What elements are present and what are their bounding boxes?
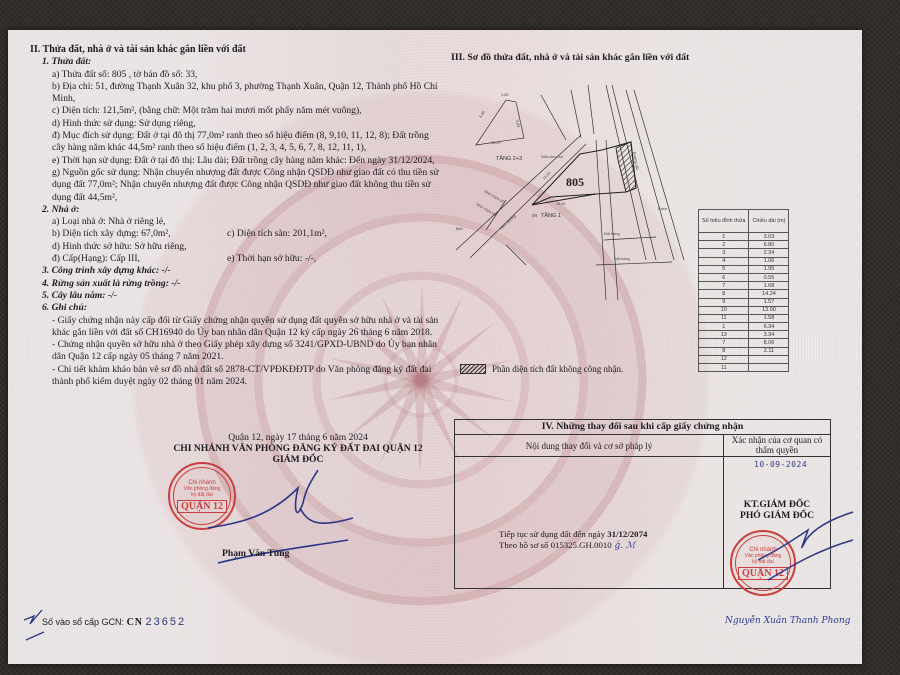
vertex-length-row: 1013.00 [699, 306, 789, 314]
segment-length: 0.55 [749, 273, 789, 281]
vertex-id: 1 [699, 323, 749, 331]
parcel-number-label: 805 [566, 175, 584, 189]
dossier-initials: ǵ. ℳ [615, 541, 636, 551]
vertex-length-row: 133.34 [699, 331, 789, 339]
land-parcel-number: a) Thửa đất số: 805 , tờ bản đồ số: 33, [30, 69, 440, 81]
vertex-id: 9 [699, 298, 749, 306]
vertex-length-row: 51.95 [699, 265, 789, 273]
position-line-1: KT.GIÁM ĐỐC [724, 499, 830, 510]
house-construction-area: b) Diện tích xây dựng: 67,0m², [52, 228, 227, 240]
segment-length: 1.95 [749, 265, 789, 273]
house-ownership-term: e) Thời hạn sở hữu: -/-, [227, 253, 316, 265]
segment-length: 1.57 [749, 298, 789, 306]
svg-text:6.80: 6.80 [479, 110, 487, 118]
signer-name: Phạm Văn Tùng [222, 548, 289, 559]
planted-forest: 4. Rừng sản xuất là rừng trồng: -/- [30, 278, 440, 290]
vertex-length-row: 12 [699, 355, 789, 363]
vertex-length-row: 78.06 [699, 339, 789, 347]
changes-header-row: Nội dung thay đổi và cơ sở pháp lý Xác n… [455, 435, 830, 457]
issue-place-date: Quận 12, ngày 17 tháng 6 năm 2024 [138, 432, 458, 443]
svg-text:Hẻm đường: Hẻm đường [499, 214, 517, 231]
segment-length: 3.03 [749, 233, 789, 241]
dossier-number: Theo hồ sơ số 015325.GH.0010 [499, 540, 612, 550]
note-item: - Giấy chứng nhận này cấp đổi từ Giấy ch… [30, 315, 440, 340]
house-grade: đ) Cấp(Hạng): Cấp III, [52, 253, 227, 265]
segment-length: 2.34 [749, 249, 789, 257]
issuing-agency: CHI NHÁNH VĂN PHÒNG ĐĂNG KÝ ĐẤT ĐAI QUẬN… [138, 443, 458, 454]
serial-label: Số vào sổ cấp GCN: [42, 617, 124, 627]
svg-text:3.03: 3.03 [515, 119, 520, 127]
svg-text:Rạch: Rạch [658, 207, 667, 211]
confirmation-date-stamp: 10-09-2024 [754, 460, 807, 469]
parcel-diagram: 805 TẦNG 2+3 TẦNG 1 I/II Nhà chưa số Nhà… [446, 80, 716, 360]
svg-text:Nhà chưa số: Nhà chưa số [476, 202, 498, 217]
vertex-id: 5 [699, 265, 749, 273]
vertex-length-row: 32.34 [699, 249, 789, 257]
vertex-id: 1 [699, 233, 749, 241]
section-ii-land-house: II. Thửa đất, nhà ở và tài sản khác gắn … [30, 44, 440, 388]
vertex-length-row: 16.34 [699, 323, 789, 331]
notes-heading: 6. Ghi chú: [30, 302, 440, 314]
vertex-id: 7 [699, 282, 749, 290]
segment-length: 6.34 [749, 323, 789, 331]
land-address: b) Địa chỉ: 51, đường Thạnh Xuân 32, khu… [30, 81, 440, 106]
svg-text:Bến: Bến [456, 227, 463, 231]
serial-number: 23652 [146, 616, 187, 628]
legend-text: Phần diện tích đất không công nhận. [492, 364, 623, 374]
vertex-length-row: 71.68 [699, 282, 789, 290]
vertex-length-row: 60.55 [699, 273, 789, 281]
margin-tick-icon [22, 602, 52, 642]
ground-marker: I/II [532, 213, 537, 218]
svg-text:13.00: 13.00 [491, 141, 501, 145]
parcel-map: 805 TẦNG 2+3 TẦNG 1 I/II Nhà chưa số Nhà… [446, 80, 716, 360]
section-iv-title: IV. Những thay đổi sau khi cấp giấy chứn… [455, 420, 830, 435]
vertex-id: 3 [699, 249, 749, 257]
svg-text:1.95: 1.95 [501, 93, 508, 97]
authority-signer-name: Nguyễn Xuân Thanh Phong [725, 616, 850, 626]
section-iii-title: III. Sơ đồ thửa đất, nhà ở và tài sản kh… [451, 52, 689, 63]
floor-label-ground: TẦNG 1 [541, 212, 561, 219]
svg-text:Đất trống: Đất trống [604, 232, 620, 236]
land-use-origin: g) Nguồn gốc sử dụng: Nhận chuyển nhượng… [30, 167, 440, 204]
vertex-length-row: 41.06 [699, 257, 789, 265]
vertex-length-row: 26.80 [699, 241, 789, 249]
signature-scribble-icon [748, 510, 858, 590]
segment-length [749, 355, 789, 363]
perennial-trees: 5. Cây lâu năm: -/- [30, 290, 440, 302]
segment-length: 2.11 [749, 347, 789, 355]
segment-length: 3.34 [749, 331, 789, 339]
col-length-header: Chiều dài (m) [749, 210, 789, 233]
land-certificate-document: II. Thửa đất, nhà ở và tài sản khác gắn … [8, 30, 862, 664]
house-floor-area: c) Diện tích sàn: 201,1m², [227, 228, 327, 240]
vertex-id: 8 [699, 347, 749, 355]
note-item: - Chi tiết khảm khảo bản vẽ sơ đồ nhà đấ… [30, 364, 440, 389]
vertex-length-row: 91.57 [699, 298, 789, 306]
vertex-id: 2 [699, 241, 749, 249]
house-type: a) Loại nhà ở: Nhà ở riêng lẻ, [30, 216, 440, 228]
changes-col-authority: Xác nhận của cơ quan có thẩm quyền [724, 435, 830, 456]
other-works: 3. Công trình xây dựng khác: -/- [30, 265, 440, 277]
svg-text:Nhà chưa số: Nhà chưa số [484, 189, 506, 204]
vertex-id: 8 [699, 290, 749, 298]
house-area-row: b) Diện tích xây dựng: 67,0m², c) Diện t… [30, 228, 440, 240]
segment-length [749, 364, 789, 372]
map-legend: Phần diện tích đất không công nhận. [460, 364, 623, 374]
vertex-length-row: 11 [699, 364, 789, 372]
segment-length: 6.80 [749, 241, 789, 249]
land-use-purpose: đ) Mục đích sử dụng: Đất ở tại đô thị 77… [30, 130, 440, 155]
land-use-term: e) Thời hạn sử dụng: Đất ở tại đô thị: L… [30, 155, 440, 167]
change-content-cell: Tiếp tục sử dụng đất đến ngày 31/12/2074… [455, 457, 724, 589]
vertex-id: 4 [699, 257, 749, 265]
vertex-id: 12 [699, 355, 749, 363]
certificate-serial: Số vào sổ cấp GCN: CN 23652 [42, 616, 186, 628]
segment-length: 1.68 [749, 282, 789, 290]
svg-text:13.00: 13.00 [556, 202, 566, 206]
continue-text: Tiếp tục sử dụng đất đến ngày [499, 529, 605, 539]
section-ii-title: II. Thửa đất, nhà ở và tài sản khác gắn … [30, 44, 440, 56]
vertex-length-row: 814.24 [699, 290, 789, 298]
segment-length: 14.24 [749, 290, 789, 298]
land-use-form: d) Hình thức sử dụng: Sử dụng riêng, [30, 118, 440, 130]
house-grade-row: đ) Cấp(Hạng): Cấp III, e) Thời hạn sở hữ… [30, 253, 440, 265]
land-heading: 1. Thửa đất: [30, 56, 440, 68]
segment-length: 1.58 [749, 314, 789, 322]
serial-prefix: CN [127, 617, 143, 628]
extension-note: Tiếp tục sử dụng đất đến ngày 31/12/2074… [499, 529, 647, 551]
continue-date: 31/12/2074 [607, 529, 647, 539]
vertex-length-row: 111.58 [699, 314, 789, 322]
house-heading: 2. Nhà ở: [30, 204, 440, 216]
vertex-id: 11 [699, 364, 749, 372]
issuer-signature-block: Quận 12, ngày 17 tháng 6 năm 2024 CHI NH… [138, 432, 458, 465]
vertex-length-row: 82.11 [699, 347, 789, 355]
vertex-id: 10 [699, 306, 749, 314]
segment-length: 13.00 [749, 306, 789, 314]
vertex-id: 7 [699, 339, 749, 347]
vertex-id: 11 [699, 314, 749, 322]
vertex-id: 13 [699, 331, 749, 339]
vertex-length-rows: 13.0326.8032.3441.0651.9560.5571.68814.2… [699, 233, 789, 372]
floor-label-upper: TẦNG 2+3 [496, 155, 522, 162]
svg-text:Nhà chưa số: Nhà chưa số [541, 155, 564, 159]
unrecognized-area [616, 142, 636, 192]
segment-length: 8.06 [749, 339, 789, 347]
land-area: c) Diện tích: 121,5m², (bằng chữ: Một tr… [30, 105, 440, 117]
house-ownership-form: d) Hình thức sở hữu: Sở hữu riêng, [30, 241, 440, 253]
vertex-length-row: 13.03 [699, 233, 789, 241]
segment-length: 1.06 [749, 257, 789, 265]
changes-col-content: Nội dung thay đổi và cơ sở pháp lý [455, 435, 724, 456]
vertex-length-table: Số hiệu đỉnh thửa Chiều dài (m) 13.0326.… [698, 209, 789, 372]
col-vertex-header: Số hiệu đỉnh thửa [699, 210, 749, 233]
note-item: - Chứng nhận quyền sở hữu nhà ở theo Giấ… [30, 339, 440, 364]
vertex-id: 6 [699, 273, 749, 281]
signer-position: GIÁM ĐỐC [138, 454, 458, 465]
hatch-swatch-icon [460, 364, 486, 374]
svg-text:Đất trống: Đất trống [614, 257, 630, 261]
